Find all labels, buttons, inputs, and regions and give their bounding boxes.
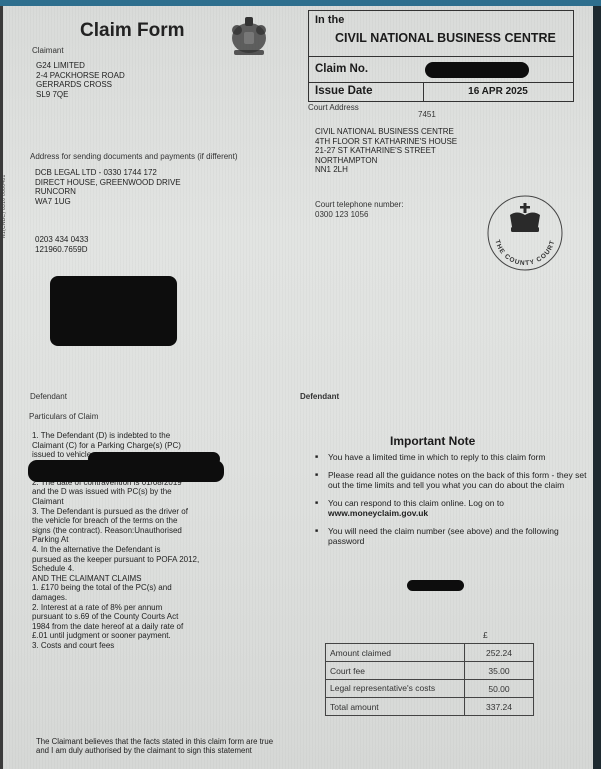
important-note-list: You have a limited time in which to repl…: [314, 452, 590, 554]
important-note-title: Important Note: [390, 434, 475, 448]
court-address-line: CIVIL NATIONAL BUSINESS CENTRE: [315, 127, 457, 137]
note-item: You can respond to this claim online. Lo…: [314, 498, 590, 519]
note-item: You will need the claim number (see abov…: [314, 526, 590, 547]
page-title: Claim Form: [80, 20, 185, 42]
statement-of-truth: The Claimant believes that the facts sta…: [36, 737, 286, 755]
service-address-line: RUNCORN: [35, 187, 181, 197]
currency-symbol: £: [483, 630, 488, 640]
service-address-line: WA7 1UG: [35, 197, 181, 207]
claimant-line: G24 LIMITED: [36, 61, 125, 71]
amount-label: Legal representative's costs: [326, 680, 465, 698]
court-address: CIVIL NATIONAL BUSINESS CENTRE 4TH FLOOR…: [315, 127, 457, 175]
court-details-box: In the CIVIL NATIONAL BUSINESS CENTRE Cl…: [308, 10, 574, 102]
service-phone: 0203 434 0433: [35, 235, 88, 245]
court-address-line: 21-27 ST KATHARINE'S STREET: [315, 146, 457, 156]
issue-date-value: 16 APR 2025: [423, 86, 573, 97]
claimant-line: GERRARDS CROSS: [36, 80, 125, 90]
table-row: Legal representative's costs 50.00: [326, 680, 534, 698]
claimant-address: G24 LIMITED 2-4 PACKHORSE ROAD GERRARDS …: [36, 61, 125, 99]
court-address-line: NN1 2LH: [315, 165, 457, 175]
defendant-address-redaction: [50, 276, 177, 346]
amount-value: 50.00: [465, 680, 534, 698]
in-the-label: In the: [315, 14, 344, 26]
service-address: DCB LEGAL LTD - 0330 1744 172 DIRECT HOU…: [35, 168, 181, 206]
defendant-label-right: Defendant: [300, 392, 339, 401]
claimant-line: 2-4 PACKHORSE ROAD: [36, 71, 125, 81]
amount-value: 35.00: [465, 662, 534, 680]
photo-right-edge: [593, 6, 601, 769]
royal-coat-of-arms-icon: [228, 14, 270, 58]
court-name: CIVIL NATIONAL BUSINESS CENTRE: [335, 31, 556, 45]
county-court-seal-icon: THE COUNTY COURT: [485, 193, 565, 273]
amount-label: Amount claimed: [326, 644, 465, 662]
amount-label: Total amount: [326, 698, 465, 716]
amount-value: 337.24: [465, 698, 534, 716]
amount-label: Court fee: [326, 662, 465, 680]
table-row: Amount claimed 252.24: [326, 644, 534, 662]
court-address-line: 4TH FLOOR ST KATHARINE'S HOUSE: [315, 137, 457, 147]
claimant-line: SL9 7QE: [36, 90, 125, 100]
court-address-line: NORTHAMPTON: [315, 156, 457, 166]
issue-date-row: Issue Date 16 APR 2025: [309, 83, 573, 101]
claim-number-label: Claim No.: [315, 63, 368, 75]
service-reference: 121960.7659D: [35, 245, 88, 255]
note-item: You have a limited time in which to repl…: [314, 452, 590, 463]
service-contact: 0203 434 0433 121960.7659D: [35, 235, 88, 254]
service-address-line: DIRECT HOUSE, GREENWOOD DRIVE: [35, 178, 181, 188]
court-telephone-label: Court telephone number:: [315, 200, 404, 209]
password-redaction: [407, 580, 464, 591]
court-address-label: Court Address: [308, 103, 359, 112]
vehicle-redaction-2: [28, 460, 224, 482]
issue-date-label: Issue Date: [315, 85, 373, 97]
table-row: Total amount 337.24: [326, 698, 534, 716]
defendant-label-left: Defendant: [30, 392, 67, 401]
service-address-label: Address for sending documents and paymen…: [30, 152, 238, 161]
note-password-text: You will need the claim number (see abov…: [328, 526, 559, 547]
moneyclaim-link[interactable]: www.moneyclaim.gov.uk: [328, 508, 428, 518]
table-row: Court fee 35.00: [326, 662, 534, 680]
court-telephone: 0300 123 1056: [315, 210, 368, 219]
claim-number-row: Claim No.: [309, 57, 573, 83]
claimant-label: Claimant: [32, 46, 64, 55]
note-item: Please read all the guidance notes on th…: [314, 470, 590, 491]
amount-value: 252.24: [465, 644, 534, 662]
photo-left-edge: [0, 6, 3, 769]
court-code: 7451: [418, 110, 436, 119]
particulars-label: Particulars of Claim: [29, 412, 98, 421]
court-name-row: In the CIVIL NATIONAL BUSINESS CENTRE: [309, 11, 573, 57]
service-address-line: DCB LEGAL LTD - 0330 1744 172: [35, 168, 181, 178]
particulars-para-2: 2. The date of contravention is 01/08/20…: [32, 478, 232, 651]
amounts-table: Amount claimed 252.24 Court fee 35.00 Le…: [325, 643, 534, 716]
note-online-text: You can respond to this claim online. Lo…: [328, 498, 504, 508]
claim-number-redaction: [425, 62, 529, 78]
claim-form-page: N1(CNBC) 0310 0000481 Claim Form Claiman…: [0, 6, 593, 769]
